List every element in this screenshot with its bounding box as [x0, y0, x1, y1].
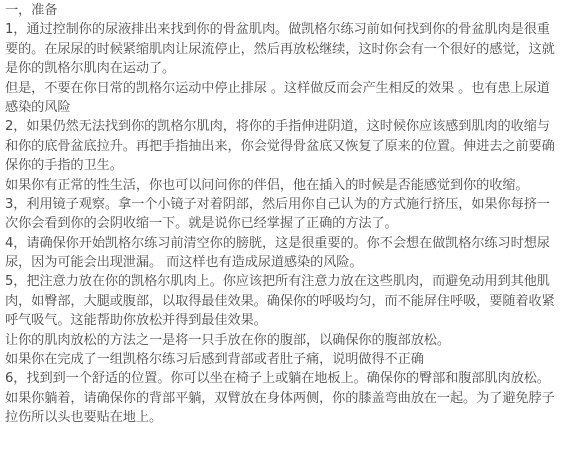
text-line: 拉伤所以头也要贴在地上。	[5, 408, 580, 427]
text-line: 感染的风险	[5, 98, 580, 117]
section-heading: 一，准备	[5, 1, 580, 20]
text-line: 如果你有正常的性生活，你也可以问问你的伴侣，他在插入的时候是否能感觉到你的收缩。	[5, 176, 580, 195]
text-line: 1，通过控制你的尿液排出来找到你的骨盆肌肉。做凯格尔练习前如何找到你的骨盆肌肉是…	[5, 20, 580, 39]
text-line: 要的。在尿尿的时候紧缩肌肉让尿流停止，然后再放松继续，这时你会有一个很好的感觉，…	[5, 40, 580, 59]
text-line: 尿，因为可能会出现泄漏。 而这样也有造成尿道感染的风险。	[5, 253, 580, 272]
article-body: 一，准备 1，通过控制你的尿液排出来找到你的骨盆肌肉。做凯格尔练习前如何找到你的…	[0, 0, 580, 428]
text-line: 让你的肌肉放松的方法之一是将一只手放在你的腹部，以确保你的腹部放松。	[5, 331, 580, 350]
text-line: 3，利用镜子观察。拿一个小镜子对着阴部，然后用你自己认为的方式施行挤压，如果你每…	[5, 195, 580, 214]
text-line: 呼气吸气。这能帮助你放松并得到最佳效果。	[5, 311, 580, 330]
text-line: 如果你躺着，请确保你的背部平躺，双臂放在身体两侧，你的膝盖弯曲放在一起。为了避免…	[5, 389, 580, 408]
text-line: 2，如果仍然无法找到你的凯格尔肌肉，将你的手指伸进阴道，这时候你应该感到肌肉的收…	[5, 117, 580, 136]
text-line: 5，把注意力放在你的凯格尔肌肉上。你应该把所有注意力放在这些肌肉，而避免动用到其…	[5, 272, 580, 291]
text-line: 次你会看到你的会阴收缩一下。就是说你已经掌握了正确的方法了。	[5, 214, 580, 233]
text-line: 保你的手指的卫生。	[5, 156, 580, 175]
text-line: 4，请确保你开始凯格尔练习前清空你的膀胱，这是很重要的。你不会想在做凯格尔练习时…	[5, 234, 580, 253]
text-line: 是你的凯格尔肌肉在运动了。	[5, 59, 580, 78]
text-line: 肉，如臀部，大腿或腹部，以取得最佳效果。确保你的呼吸均匀，而不能屏住呼吸，要随着…	[5, 292, 580, 311]
text-line: 如果你在完成了一组凯格尔练习后感到背部或者肚子痛，说明做得不正确	[5, 350, 580, 369]
text-line: 但是，不要在你日常的凯格尔运动中停止排尿 。这样做反而会产生相反的效果 。也有患…	[5, 79, 580, 98]
text-line: 6，找到到一个舒适的位置。你可以坐在椅子上或躺在地板上。确保你的臀部和腹部肌肉放…	[5, 369, 580, 388]
text-line: 和你的底骨盆底拉升。再把手指抽出来，你会觉得骨盆底又恢复了原来的位置。伸进去之前…	[5, 137, 580, 156]
